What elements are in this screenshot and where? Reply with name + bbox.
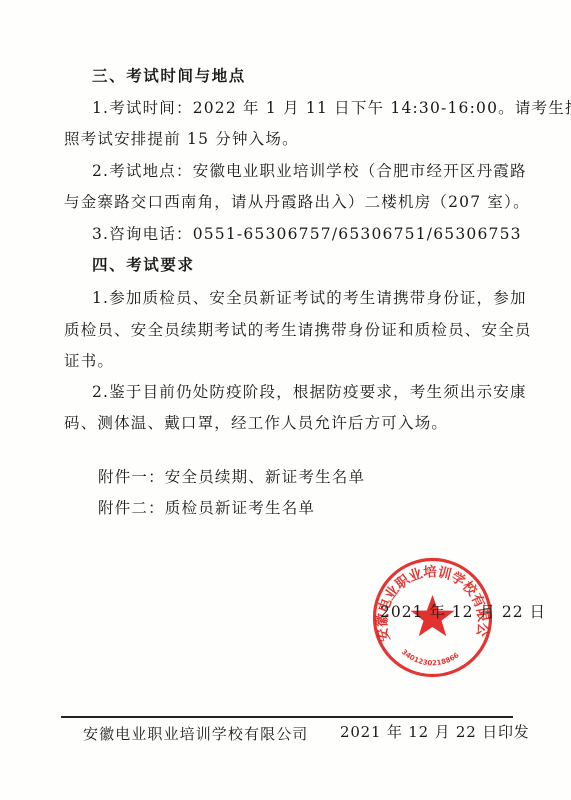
requirement-2-line-2: 码、测体温、戴口罩，经工作人员允许后方可入场。 — [64, 413, 448, 433]
signature-date: 2021 年 12 月 22 日 — [380, 602, 546, 622]
footer-divider — [61, 716, 513, 718]
section-3-heading: 三、考试时间与地点 — [92, 66, 246, 86]
requirement-1-line-3: 证书。 — [64, 351, 114, 371]
consult-phone-line: 3.咨询电话：0551-65306757/65306751/65306753 — [92, 224, 522, 244]
footer-issue-date: 2021 年 12 月 22 日印发 — [340, 722, 530, 742]
exam-time-line-2: 照考试安排提前 15 分钟入场。 — [64, 129, 299, 149]
exam-location-line-1: 2.考试地点：安徽电业职业培训学校（合肥市经开区丹霞路 — [92, 161, 527, 181]
attachment-1: 附件一：安全员续期、新证考生名单 — [98, 467, 365, 487]
seal-code: 3401230218866 — [400, 648, 461, 667]
attachment-2: 附件二：质检员新证考生名单 — [98, 498, 315, 518]
exam-location-line-2: 与金寨路交口西南角，请从丹霞路出入）二楼机房（207 室）。 — [64, 192, 530, 212]
document-page: 三、考试时间与地点 1.考试时间：2022 年 1 月 11 日下午 14:30… — [0, 0, 571, 800]
section-4-heading: 四、考试要求 — [92, 255, 195, 275]
requirement-2-line-1: 2.鉴于目前仍处防疫阶段，根据防疫要求，考生须出示安康 — [92, 382, 527, 402]
seal-ring-text: 安徽电业职业培训学校有限公司 — [370, 555, 491, 643]
exam-time-line-1: 1.考试时间：2022 年 1 月 11 日下午 14:30-16:00。请考生… — [92, 98, 571, 118]
requirement-1-line-1: 1.参加质检员、安全员新证考试的考生请携带身份证，参加 — [92, 288, 527, 308]
requirement-1-line-2: 质检员、安全员续期考试的考生请携带身份证和质检员、安全员 — [64, 320, 532, 340]
footer-issuer: 安徽电业职业培训学校有限公司 — [83, 724, 308, 744]
